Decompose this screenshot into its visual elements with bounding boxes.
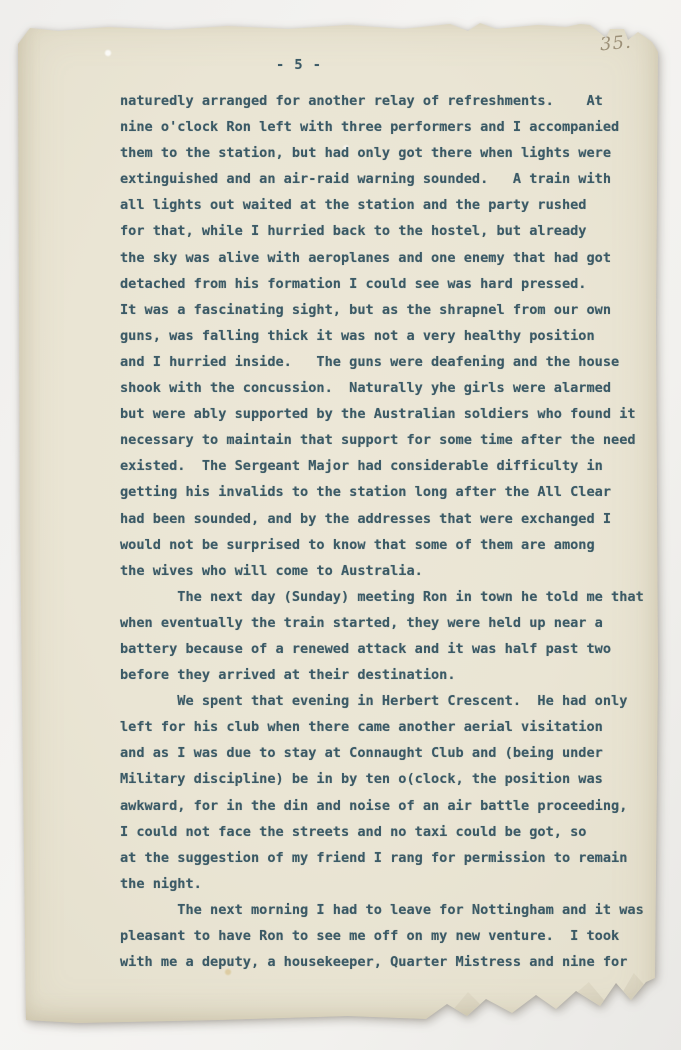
- text-line: for that, while I hurried back to the ho…: [120, 218, 650, 244]
- text-line: nine o'clock Ron left with three perform…: [120, 114, 650, 140]
- text-line: necessary to maintain that support for s…: [120, 427, 650, 453]
- text-line: naturedly arranged for another relay of …: [120, 88, 650, 114]
- text-line: and as I was due to stay at Connaught Cl…: [120, 740, 650, 766]
- text-line: getting his invalids to the station long…: [120, 479, 650, 505]
- pencil-page-annotation: 35.: [599, 32, 632, 56]
- text-line: battery because of a renewed attack and …: [120, 636, 650, 662]
- text-line: at the suggestion of my friend I rang fo…: [120, 845, 650, 871]
- text-line: awkward, for in the din and noise of an …: [120, 793, 650, 819]
- text-line: Military discipline) be in by ten o(cloc…: [120, 766, 650, 792]
- text-line: before they arrived at their destination…: [120, 662, 650, 688]
- text-line: when eventually the train started, they …: [120, 610, 650, 636]
- text-line: with me a deputy, a housekeeper, Quarter…: [120, 949, 650, 975]
- text-line: would not be surprised to know that some…: [120, 532, 650, 558]
- text-line: the sky was alive with aeroplanes and on…: [120, 245, 650, 271]
- text-line: extinguished and an air-raid warning sou…: [120, 166, 650, 192]
- paper-fold: [446, 992, 490, 1018]
- text-line: detached from his formation I could see …: [120, 271, 650, 297]
- paper-fold: [614, 973, 658, 1007]
- text-line: them to the station, but had only got th…: [120, 140, 650, 166]
- text-line: but were ably supported by the Australia…: [120, 401, 650, 427]
- text-line: existed. The Sergeant Major had consider…: [120, 453, 650, 479]
- paper-sheet-wrap: 35. - 5 - naturedly arranged for another…: [18, 20, 658, 1025]
- text-line: the night.: [120, 871, 650, 897]
- text-line: It was a fascinating sight, but as the s…: [120, 297, 650, 323]
- text-line: The next morning I had to leave for Nott…: [120, 897, 650, 923]
- text-line: We spent that evening in Herbert Crescen…: [120, 688, 650, 714]
- text-line: pleasant to have Ron to see me off on my…: [120, 923, 650, 949]
- text-line: had been sounded, and by the addresses t…: [120, 506, 650, 532]
- text-line: shook with the concussion. Naturally yhe…: [120, 375, 650, 401]
- text-line: The next day (Sunday) meeting Ron in tow…: [120, 584, 650, 610]
- text-line: all lights out waited at the station and…: [120, 192, 650, 218]
- text-line: guns, was falling thick it was not a ver…: [120, 323, 650, 349]
- typed-page-number: - 5 -: [276, 57, 322, 73]
- text-line: the wives who will come to Australia.: [120, 558, 650, 584]
- paper-fold: [558, 982, 614, 1012]
- text-line: left for his club when there came anothe…: [120, 714, 650, 740]
- text-line: I could not face the streets and no taxi…: [120, 819, 650, 845]
- typed-body: naturedly arranged for another relay of …: [120, 88, 650, 975]
- document-page: 35. - 5 - naturedly arranged for another…: [18, 20, 658, 1025]
- photo-backdrop: 35. - 5 - naturedly arranged for another…: [0, 0, 681, 1050]
- text-line: and I hurried inside. The guns were deaf…: [120, 349, 650, 375]
